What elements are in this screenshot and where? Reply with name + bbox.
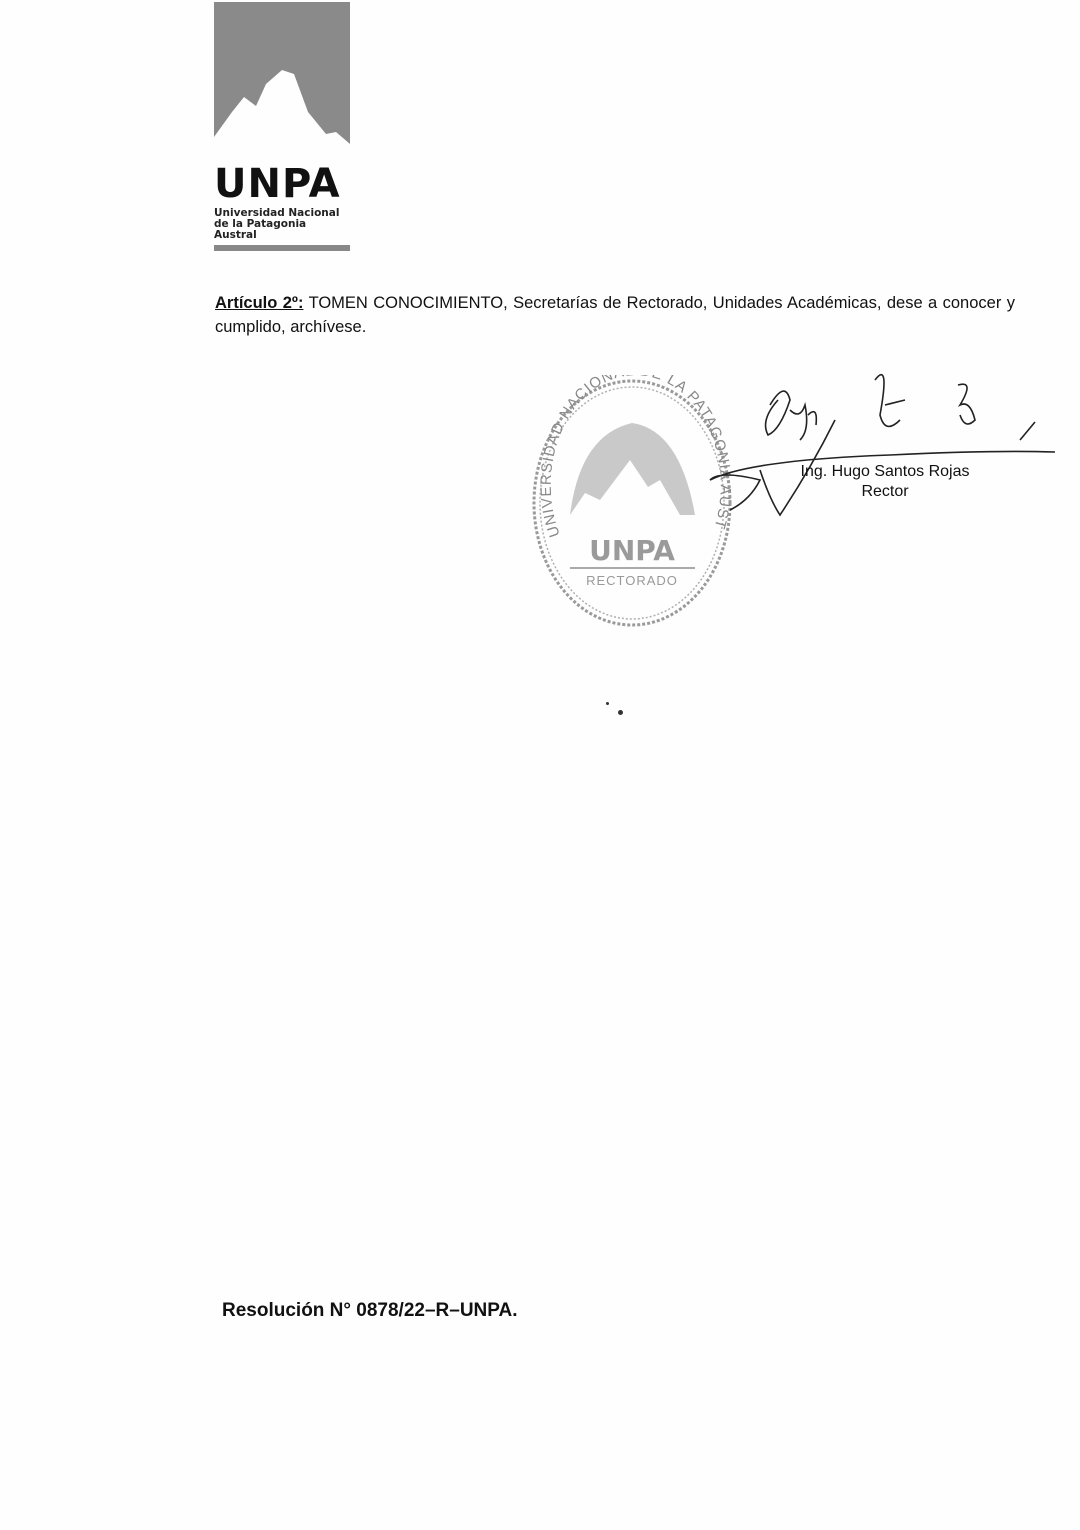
unpa-logo: UNPA Universidad Nacional de la Patagoni…	[214, 2, 350, 251]
article-text: TOMEN CONOCIMIENTO, Secretarías de Recto…	[215, 294, 1015, 336]
stamp-acronym: UNPA	[589, 534, 675, 567]
stamp-office: RECTORADO	[586, 573, 678, 588]
scan-speck	[606, 702, 609, 705]
handwritten-signature	[690, 360, 1060, 530]
article-label: Artículo 2º:	[215, 294, 303, 312]
signer-block: Ing. Hugo Santos Rojas Rector	[770, 462, 1000, 502]
resolution-number: Resolución N° 0878/22–R–UNPA.	[222, 1300, 518, 1322]
logo-name-line2: de la Patagonia Austral	[214, 219, 350, 241]
scan-speck	[618, 710, 623, 715]
logo-acronym: UNPA	[214, 164, 350, 204]
article-2: Artículo 2º: TOMEN CONOCIMIENTO, Secreta…	[215, 291, 1015, 339]
signer-title: Rector	[770, 482, 1000, 502]
signer-name: Ing. Hugo Santos Rojas	[770, 462, 1000, 482]
logo-divider	[214, 245, 350, 251]
mountain-logo-icon	[214, 2, 350, 152]
